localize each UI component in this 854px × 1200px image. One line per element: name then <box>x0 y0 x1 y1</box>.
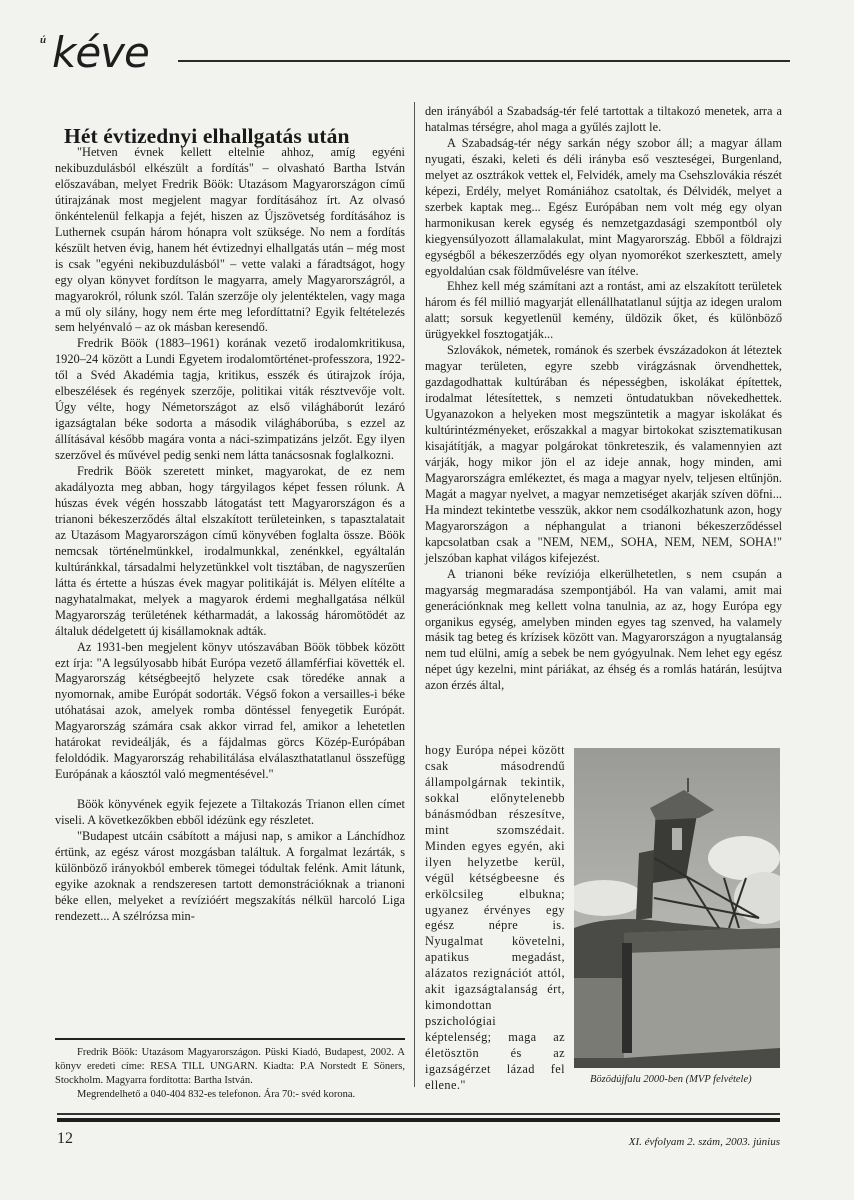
logo-mark: ú <box>40 34 46 46</box>
issue-info: XI. évfolyam 2. szám, 2003. június <box>629 1136 780 1148</box>
paragraph: "Hetven évnek kellett eltelnie ahhoz, am… <box>55 145 405 336</box>
paragraph: Böök könyvének egyik fejezete a Tiltakoz… <box>55 797 405 829</box>
wrapped-text: hogy Európa népei között csak másodrendű… <box>425 743 565 1094</box>
paragraph: Fredrik Böök (1883–1961) korának vezető … <box>55 336 405 464</box>
footer-rule-thick <box>57 1118 780 1122</box>
paragraph: A Szabadság-tér négy sarkán négy szobor … <box>425 136 782 280</box>
photo-bell-tower <box>574 748 780 1068</box>
right-column: den irányából a Szabadság-tér felé tarto… <box>425 104 782 694</box>
masthead: ú kéve <box>40 28 790 78</box>
paragraph: Az 1931-ben megjelent könyv utószavában … <box>55 640 405 784</box>
book-info-footnote: Fredrik Böök: Utazásom Magyarországon. P… <box>55 1046 405 1102</box>
paragraph: hogy Európa népei között csak másodrendű… <box>425 743 565 1094</box>
paragraph: Fredrik Böök szeretett minket, magyaroka… <box>55 464 405 639</box>
footer-rule-thin <box>57 1113 780 1115</box>
paragraph: den irányából a Szabadság-tér felé tarto… <box>425 104 782 136</box>
bell-tower-image <box>574 748 780 1068</box>
column-divider <box>414 102 415 1087</box>
paragraph: Ehhez kell még számítani azt a rontást, … <box>425 279 782 343</box>
order-info: Megrendelhető a 040-404 832-es telefonon… <box>55 1088 405 1102</box>
paragraph: "Budapest utcáin csábított a májusi nap,… <box>55 829 405 925</box>
masthead-rule <box>178 60 790 62</box>
photo-caption: Bözödújfalu 2000-ben (MVP felvétele) <box>590 1074 752 1085</box>
left-column: "Hetven évnek kellett eltelnie ahhoz, am… <box>55 145 405 925</box>
magazine-logo: kéve <box>52 28 149 78</box>
page-number: 12 <box>57 1130 73 1148</box>
paragraph: Szlovákok, németek, románok és szerbek é… <box>425 343 782 566</box>
paragraph: A trianoni béke revíziója elkerülhetetle… <box>425 567 782 695</box>
book-citation: Fredrik Böök: Utazásom Magyarországon. P… <box>55 1046 405 1088</box>
footnote-rule <box>55 1038 405 1040</box>
